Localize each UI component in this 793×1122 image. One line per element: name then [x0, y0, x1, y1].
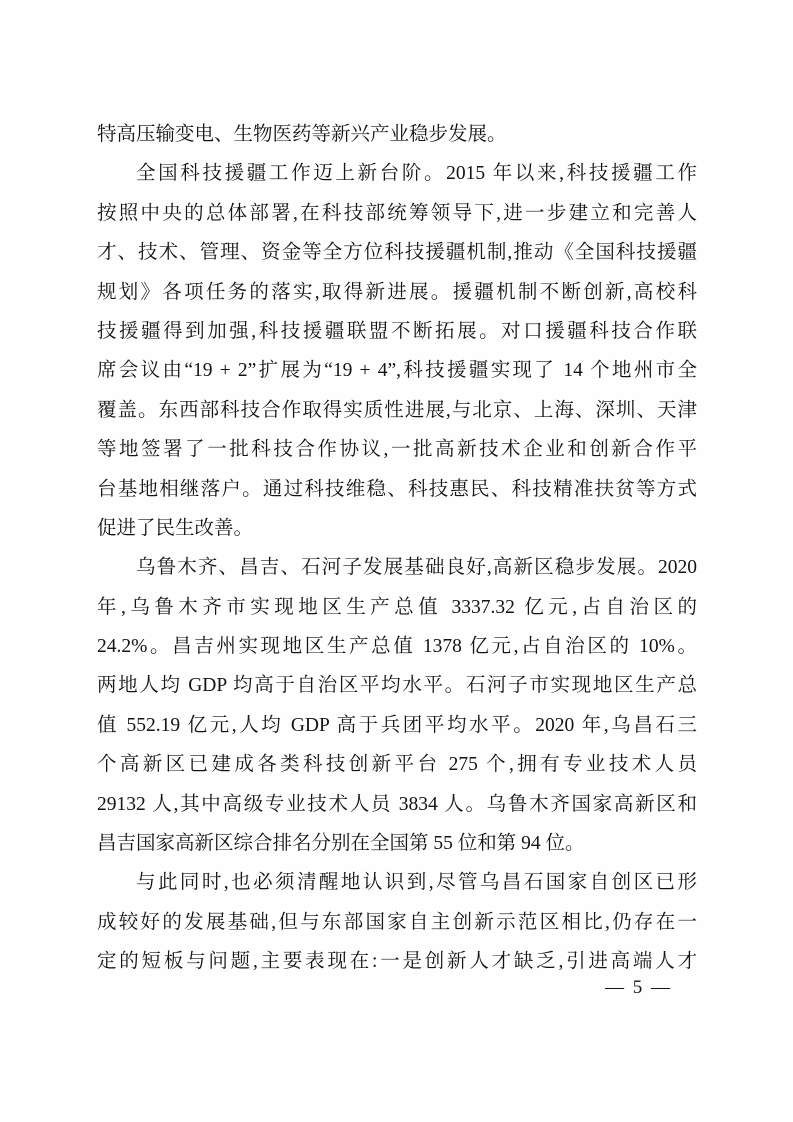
text-line: 乌鲁木齐、昌吉、石河子发展基础良好,高新区稳步发展。2020: [97, 548, 697, 587]
text-line: 值 552.19 亿元,人均 GDP 高于兵团平均水平。2020 年,乌昌石三: [97, 706, 697, 745]
text-line: 24.2%。昌吉州实现地区生产总值 1378 亿元,占自治区的 10%。: [97, 627, 697, 666]
text-line: 特高压输变电、生物医药等新兴产业稳步发展。: [97, 115, 697, 154]
text-line: 两地人均 GDP 均高于自治区平均水平。石河子市实现地区生产总: [97, 666, 697, 705]
text-line: 昌吉国家高新区综合排名分别在全国第 55 位和第 94 位。: [97, 824, 697, 863]
text-line: 个高新区已建成各类科技创新平台 275 个,拥有专业技术人员: [97, 745, 697, 784]
text-line: 年,乌鲁木齐市实现地区生产总值 3337.32 亿元,占自治区的: [97, 588, 697, 627]
text-line: 与此同时,也必须清醒地认识到,尽管乌昌石国家自创区已形: [97, 863, 697, 902]
text-content: 特高压输变电、生物医药等新兴产业稳步发展。 全国科技援疆工作迈上新台阶。2015…: [97, 115, 697, 982]
text-line: 才、技术、管理、资金等全方位科技援疆机制,推动《全国科技援疆: [97, 233, 697, 272]
text-line: 覆盖。东西部科技合作取得实质性进展,与北京、上海、深圳、天津: [97, 391, 697, 430]
text-line: 全国科技援疆工作迈上新台阶。2015 年以来,科技援疆工作: [97, 154, 697, 193]
document-page: 特高压输变电、生物医药等新兴产业稳步发展。 全国科技援疆工作迈上新台阶。2015…: [0, 0, 793, 1122]
text-line: 29132 人,其中高级专业技术人员 3834 人。乌鲁木齐国家高新区和: [97, 785, 697, 824]
paragraph-problems-shortcomings: 与此同时,也必须清醒地认识到,尽管乌昌石国家自创区已形 成较好的发展基础,但与东…: [97, 863, 697, 981]
text-line: 席会议由“19 + 2”扩展为“19 + 4”,科技援疆实现了 14 个地州市全: [97, 351, 697, 390]
paragraph-wuchangshi-development: 乌鲁木齐、昌吉、石河子发展基础良好,高新区稳步发展。2020 年,乌鲁木齐市实现…: [97, 548, 697, 863]
text-line: 技援疆得到加强,科技援疆联盟不断拓展。对口援疆科技合作联: [97, 312, 697, 351]
text-line: 促进了民生改善。: [97, 509, 697, 548]
text-line: 成较好的发展基础,但与东部国家自主创新示范区相比,仍存在一: [97, 903, 697, 942]
text-line: 按照中央的总体部署,在科技部统筹领导下,进一步建立和完善人: [97, 194, 697, 233]
text-line: 规划》各项任务的落实,取得新进展。援疆机制不断创新,高校科: [97, 273, 697, 312]
paragraph-national-support: 全国科技援疆工作迈上新台阶。2015 年以来,科技援疆工作 按照中央的总体部署,…: [97, 154, 697, 548]
page-number: — 5 —: [605, 976, 672, 1000]
paragraph-continuation: 特高压输变电、生物医药等新兴产业稳步发展。: [97, 115, 697, 154]
text-line: 台基地相继落户。通过科技维稳、科技惠民、科技精准扶贫等方式: [97, 470, 697, 509]
text-line: 等地签署了一批科技合作协议,一批高新技术企业和创新合作平: [97, 430, 697, 469]
